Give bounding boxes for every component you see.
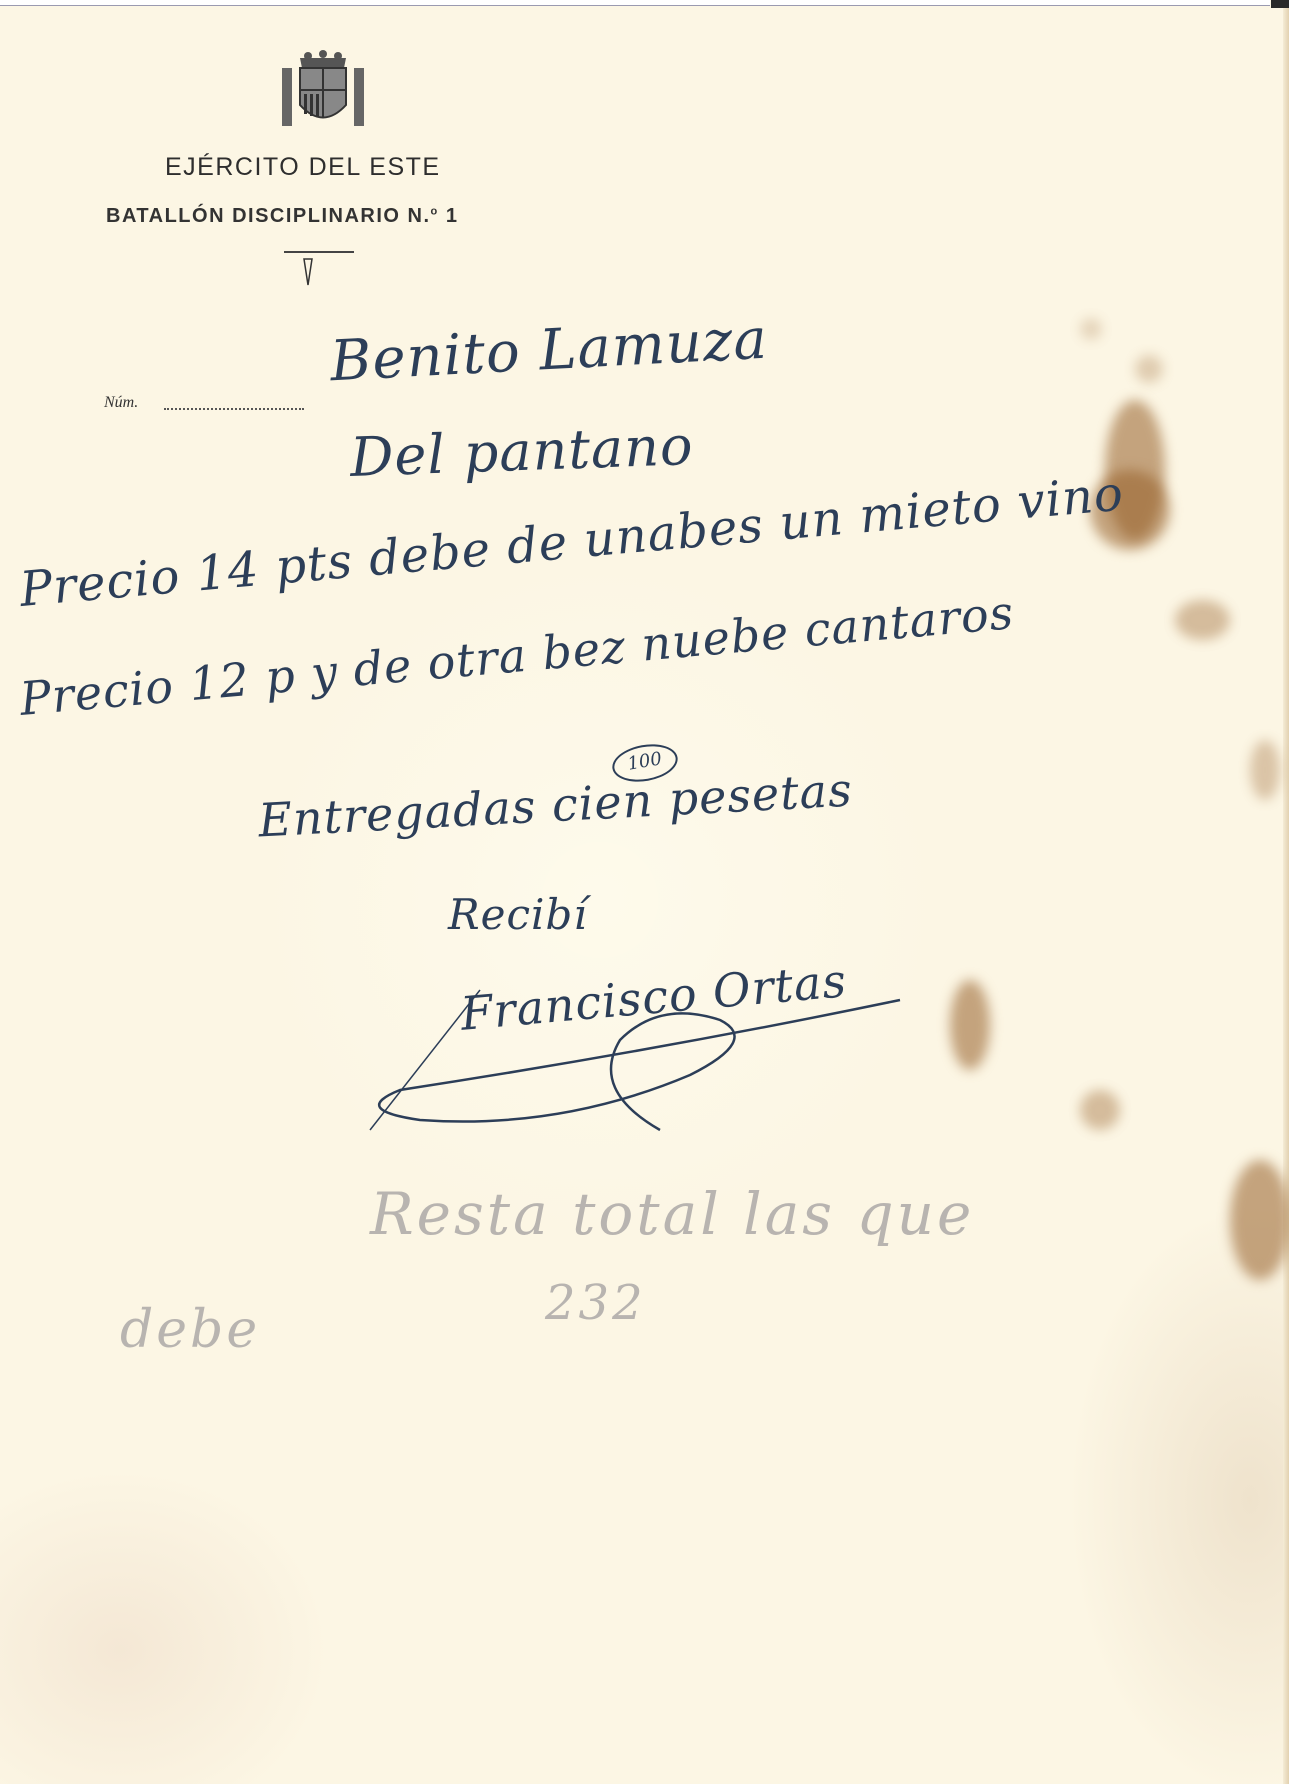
stain [1175,600,1230,640]
pencil-note-total: Resta total las que [370,1180,974,1248]
stain [1080,318,1102,340]
stain [1135,355,1163,383]
letterhead-v-mark [303,258,313,286]
coat-of-arms-icon [278,50,368,130]
paper-right-edge [1283,8,1289,1784]
num-field [164,408,304,410]
letterhead-army: EJÉRCITO DEL ESTE [165,153,441,182]
scan-top-edge [0,0,1270,6]
handwritten-place: Del pantano [349,414,694,489]
paper-background [0,0,1289,1784]
stain [1250,740,1280,800]
letterhead-battalion: BATALLÓN DISCIPLINARIO N.o 1 [106,205,458,228]
pencil-note-debe: debe [120,1300,260,1360]
letterhead-rule [284,251,354,253]
stain [1080,1090,1120,1130]
handwritten-recibi: Recibí [448,890,588,939]
stain [1230,1160,1289,1280]
stain [950,980,990,1070]
scan-corner [1271,0,1289,8]
signature-flourish [360,980,920,1140]
num-label: Núm. [104,394,138,412]
pencil-note-amount: 232 [545,1275,646,1331]
